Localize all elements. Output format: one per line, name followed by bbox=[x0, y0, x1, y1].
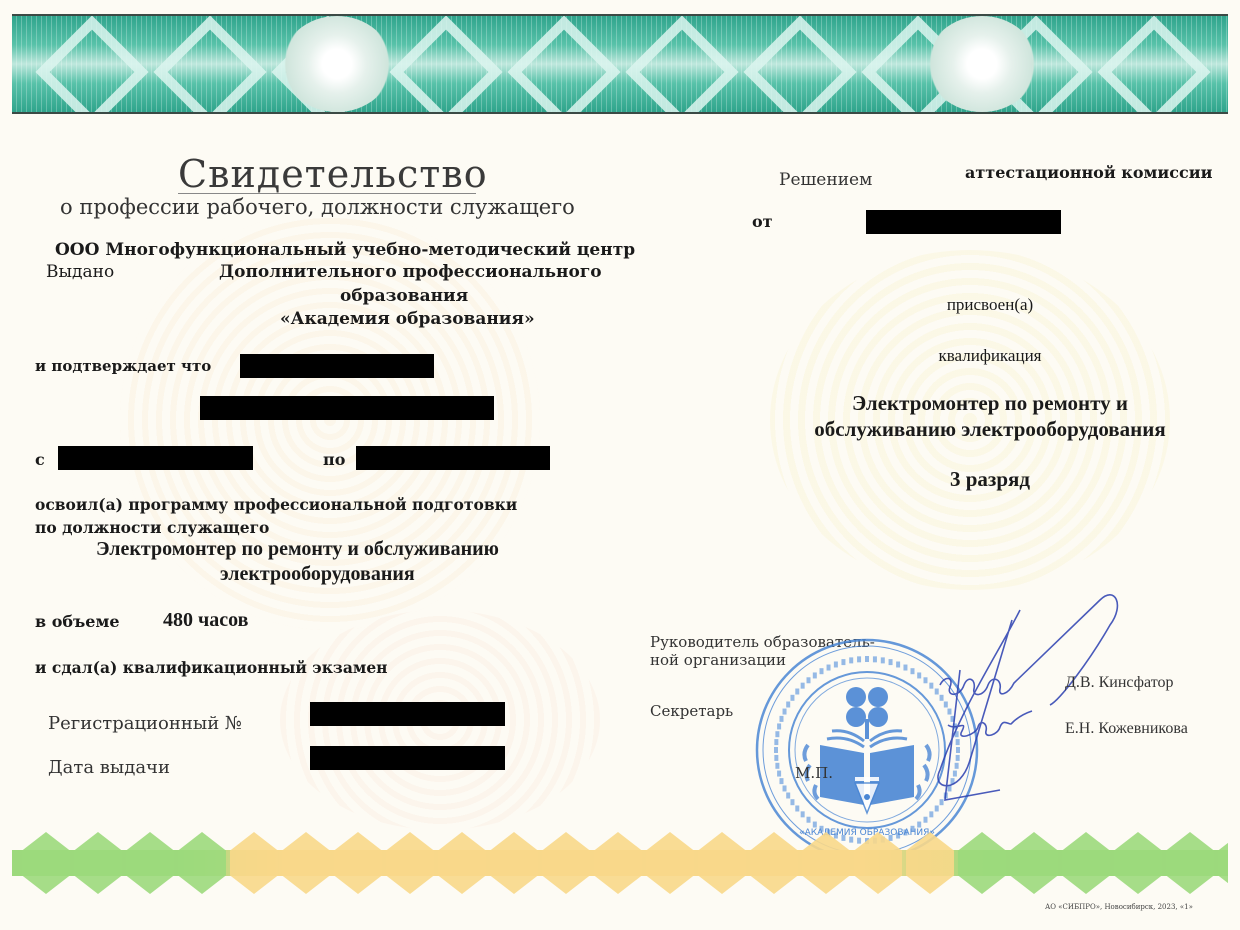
issue-date-label: Дата выдачи bbox=[48, 757, 170, 778]
band-wave-ornament bbox=[490, 832, 538, 894]
band-wave-ornament bbox=[1166, 832, 1214, 894]
band-diamond-ornament bbox=[743, 15, 856, 114]
organization-line-2: Дополнительного профессионального bbox=[219, 262, 602, 282]
volume-label: в объеме bbox=[35, 612, 120, 631]
band-wave-ornament bbox=[906, 832, 954, 894]
period-from-redacted bbox=[58, 446, 253, 470]
decision-label: Решением bbox=[779, 170, 872, 190]
qualification-name-line-1: Электромонтер по ремонту и bbox=[740, 391, 1240, 416]
program-name-line-1: Электромонтер по ремонту и обслуживанию bbox=[96, 538, 499, 561]
signature-icon bbox=[900, 590, 1140, 810]
volume-value: 480 часов bbox=[163, 609, 248, 632]
band-diamond-ornament bbox=[507, 15, 620, 114]
band-wave-ornament bbox=[542, 832, 590, 894]
band-wave-ornament bbox=[22, 832, 70, 894]
band-wave-ornament bbox=[802, 832, 850, 894]
organization-line-4: «Академия образования» bbox=[280, 309, 535, 329]
period-to-label: по bbox=[323, 450, 345, 469]
certificate-subtitle: о профессии рабочего, должности служащег… bbox=[60, 195, 575, 219]
band-wave-ornament bbox=[646, 832, 694, 894]
band-wave-ornament bbox=[594, 832, 642, 894]
exam-passed-text: и сдал(а) квалификационный экзамен bbox=[35, 658, 388, 677]
assigned-label: присвоен(а) bbox=[740, 295, 1240, 315]
mastered-text-line-1: освоил(а) программу профессиональной под… bbox=[35, 495, 517, 514]
issued-label: Выдано bbox=[46, 262, 114, 282]
decision-date-label: от bbox=[752, 212, 773, 231]
band-wave-ornament bbox=[438, 832, 486, 894]
band-wave-ornament bbox=[386, 832, 434, 894]
secretary-name: Е.Н. Кожевникова bbox=[1065, 720, 1188, 738]
issue-date-redacted bbox=[310, 746, 505, 770]
organization-line-1: ООО Многофункциональный учебно-методичес… bbox=[55, 240, 635, 260]
qualification-label: квалификация bbox=[740, 346, 1240, 366]
registration-number-label: Регистрационный № bbox=[48, 713, 242, 734]
band-wave-ornament bbox=[854, 832, 902, 894]
stamp-place-label: М.П. bbox=[795, 764, 833, 782]
band-wave-ornament bbox=[230, 832, 278, 894]
decision-date-redacted bbox=[866, 210, 1061, 234]
band-wave-ornament bbox=[74, 832, 122, 894]
printer-mark: АО «СИБПРО», Новосибирск, 2023, «1» bbox=[1045, 903, 1193, 911]
band-wave-ornament bbox=[1062, 832, 1110, 894]
band-wave-ornament bbox=[282, 832, 330, 894]
band-diamond-ornament bbox=[389, 15, 502, 114]
confirms-label: и подтверждает что bbox=[35, 357, 211, 375]
qualification-grade: 3 разряд bbox=[740, 467, 1240, 492]
band-wave-ornament bbox=[1010, 832, 1058, 894]
mastered-text-line-2: по должности служащего bbox=[35, 518, 269, 537]
holder-name-redacted bbox=[200, 396, 494, 420]
band-medallion-ornament bbox=[927, 16, 1037, 112]
period-to-redacted bbox=[356, 446, 550, 470]
band-wave-ornament bbox=[698, 832, 746, 894]
band-diamond-ornament bbox=[1097, 15, 1210, 114]
organization-line-3: образования bbox=[340, 286, 468, 306]
qualification-name-line-2: обслуживанию электрооборудования bbox=[740, 417, 1240, 442]
commission-label: аттестационной комиссии bbox=[965, 163, 1213, 182]
band-diamond-ornament bbox=[153, 15, 266, 114]
certificate-title: Свидетельство bbox=[178, 152, 488, 196]
band-wave-ornament bbox=[1218, 832, 1228, 894]
band-medallion-ornament bbox=[282, 16, 392, 112]
program-name-line-2: электрооборудования bbox=[220, 563, 415, 586]
title-underline bbox=[178, 193, 476, 194]
registration-number-redacted bbox=[310, 702, 505, 726]
head-name: Д.В. Кинсфатор bbox=[1065, 674, 1174, 692]
band-wave-ornament bbox=[126, 832, 174, 894]
band-diamond-ornament bbox=[35, 15, 148, 114]
band-wave-ornament bbox=[750, 832, 798, 894]
band-wave-ornament bbox=[178, 832, 226, 894]
band-wave-ornament bbox=[334, 832, 382, 894]
band-wave-ornament bbox=[958, 832, 1006, 894]
holder-surname-redacted bbox=[240, 354, 434, 378]
period-from-label: с bbox=[35, 450, 45, 469]
band-diamond-ornament bbox=[625, 15, 738, 114]
top-guilloche-band bbox=[12, 14, 1228, 114]
band-wave-ornament bbox=[1114, 832, 1162, 894]
bottom-guilloche-band bbox=[12, 832, 1228, 894]
secretary-label: Секретарь bbox=[650, 702, 733, 720]
